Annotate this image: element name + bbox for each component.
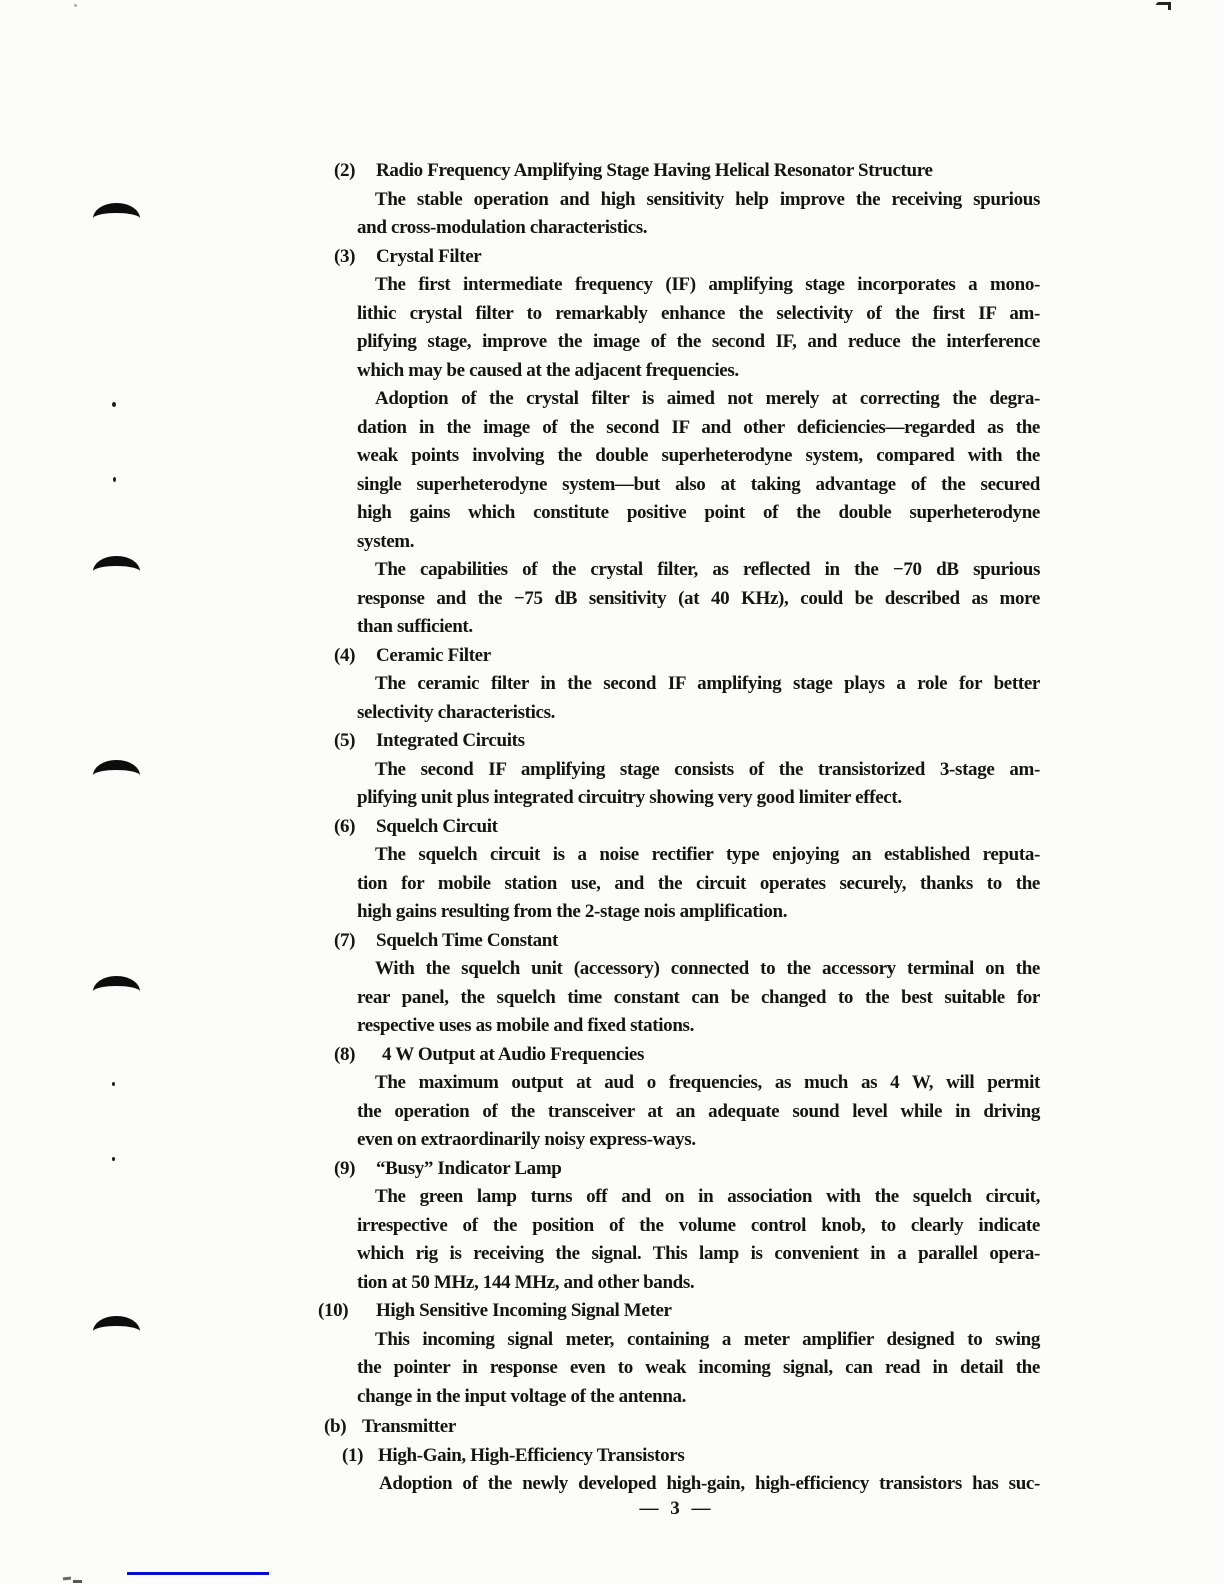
paragraph: The second IF amplifying stage consists … xyxy=(357,756,1040,813)
text-line: The maximum output at aud o frequencies,… xyxy=(357,1069,1040,1098)
text-line: the pointer in response even to weak inc… xyxy=(357,1354,1040,1383)
text-line: single superheterodyne system—but also a… xyxy=(357,471,1040,500)
text-line: The green lamp turns off and on in assoc… xyxy=(357,1183,1040,1212)
section-title: Transmitter xyxy=(362,1416,456,1437)
bottom-blue-line xyxy=(127,1572,269,1575)
section-8: (8)4 W Output at Audio FrequenciesThe ma… xyxy=(357,1041,1040,1155)
section-number: (2) xyxy=(334,157,355,186)
paragraph: This incoming signal meter, containing a… xyxy=(357,1326,1040,1412)
text-line: Adoption of the newly developed high-gai… xyxy=(357,1470,1040,1499)
text-line: and cross-modulation characteristics. xyxy=(357,214,1040,243)
section-number: (10) xyxy=(318,1297,348,1326)
paragraph: With the squelch unit (accessory) connec… xyxy=(357,955,1040,1041)
section-2: (2)Radio Frequency Amplifying Stage Havi… xyxy=(357,157,1040,243)
section-4: (4)Ceramic FilterThe ceramic filter in t… xyxy=(357,642,1040,728)
section-5: (5)Integrated CircuitsThe second IF ampl… xyxy=(357,727,1040,813)
section-title: Integrated Circuits xyxy=(376,730,525,751)
scan-speck xyxy=(112,402,116,407)
section-heading: (4)Ceramic Filter xyxy=(357,642,1040,671)
section-title: Ceramic Filter xyxy=(376,645,491,666)
content-column: (2)Radio Frequency Amplifying Stage Havi… xyxy=(357,157,1040,1499)
text-line: plifying unit plus integrated circuitry … xyxy=(357,784,1040,813)
section-number: (7) xyxy=(334,927,355,956)
text-line: than sufficient. xyxy=(357,613,1040,642)
text-line: system. xyxy=(357,528,1040,557)
scan-speck xyxy=(112,1157,115,1161)
text-line: Adoption of the crystal filter is aimed … xyxy=(357,385,1040,414)
section-heading: (3)Crystal Filter xyxy=(357,243,1040,272)
text-line: high gains resulting from the 2-stage no… xyxy=(357,898,1040,927)
scanned-manual-page: (2)Radio Frequency Amplifying Stage Havi… xyxy=(0,0,1224,1584)
section-heading: (5)Integrated Circuits xyxy=(357,727,1040,756)
paragraph: Adoption of the crystal filter is aimed … xyxy=(357,385,1040,556)
scan-speck xyxy=(74,4,77,7)
text-line: lithic crystal filter to remarkably enha… xyxy=(357,300,1040,329)
section-title: High-Gain, High-Efficiency Transistors xyxy=(378,1445,684,1466)
text-line: plifying stage, improve the image of the… xyxy=(357,328,1040,357)
section-b: (b)Transmitter xyxy=(357,1413,1040,1442)
section-9: (9)“Busy” Indicator LampThe green lamp t… xyxy=(357,1155,1040,1298)
text-line: This incoming signal meter, containing a… xyxy=(357,1326,1040,1355)
paragraph: The ceramic filter in the second IF ampl… xyxy=(357,670,1040,727)
section-title: Crystal Filter xyxy=(376,246,481,267)
text-line: tion at 50 MHz, 144 MHz, and other bands… xyxy=(357,1269,1040,1298)
section-title: 4 W Output at Audio Frequencies xyxy=(382,1044,644,1065)
section-heading: (2)Radio Frequency Amplifying Stage Havi… xyxy=(357,157,1040,186)
section-b1: (1)High-Gain, High-Efficiency Transistor… xyxy=(357,1442,1040,1499)
section-number: (1) xyxy=(342,1442,363,1471)
scan-speck xyxy=(112,1082,115,1086)
section-number: (9) xyxy=(334,1155,355,1184)
scan-speck xyxy=(63,1577,71,1581)
binder-ring-arc-mark xyxy=(93,556,140,587)
text-line: tion for mobile station use, and the cir… xyxy=(357,870,1040,899)
paragraph: Adoption of the newly developed high-gai… xyxy=(357,1470,1040,1499)
section-number: (8) xyxy=(334,1041,355,1070)
section-3: (3)Crystal FilterThe first intermediate … xyxy=(357,243,1040,642)
text-line: irrespective of the position of the volu… xyxy=(357,1212,1040,1241)
binder-ring-arc-mark xyxy=(93,203,140,234)
text-line: The squelch circuit is a noise rectifier… xyxy=(357,841,1040,870)
text-line: The stable operation and high sensitivit… xyxy=(357,186,1040,215)
binder-ring-arc-mark xyxy=(93,976,140,1007)
text-line: respective uses as mobile and fixed stat… xyxy=(357,1012,1040,1041)
text-line: The ceramic filter in the second IF ampl… xyxy=(357,670,1040,699)
section-7: (7)Squelch Time ConstantWith the squelch… xyxy=(357,927,1040,1041)
text-line: response and the −75 dB sensitivity (at … xyxy=(357,585,1040,614)
text-line: The capabilities of the crystal filter, … xyxy=(357,556,1040,585)
page-number: — 3 — xyxy=(605,1498,745,1520)
paragraph: The stable operation and high sensitivit… xyxy=(357,186,1040,243)
page-corner-mark xyxy=(1156,2,1171,5)
section-heading: (b)Transmitter xyxy=(357,1413,1040,1442)
section-number: (b) xyxy=(324,1413,346,1442)
scan-speck xyxy=(73,1580,82,1583)
paragraph: The capabilities of the crystal filter, … xyxy=(357,556,1040,642)
text-line: The first intermediate frequency (IF) am… xyxy=(357,271,1040,300)
section-heading: (7)Squelch Time Constant xyxy=(357,927,1040,956)
section-10: (10)High Sensitive Incoming Signal Meter… xyxy=(357,1297,1040,1411)
binder-ring-arc-mark xyxy=(93,760,140,791)
text-line: With the squelch unit (accessory) connec… xyxy=(357,955,1040,984)
section-number: (4) xyxy=(334,642,355,671)
section-heading: (1)High-Gain, High-Efficiency Transistor… xyxy=(357,1442,1040,1471)
section-number: (5) xyxy=(334,727,355,756)
section-heading: (8)4 W Output at Audio Frequencies xyxy=(357,1041,1040,1070)
paragraph: The first intermediate frequency (IF) am… xyxy=(357,271,1040,385)
paragraph: The green lamp turns off and on in assoc… xyxy=(357,1183,1040,1297)
section-title: Radio Frequency Amplifying Stage Having … xyxy=(376,160,933,181)
section-number: (3) xyxy=(334,243,355,272)
paragraph: The squelch circuit is a noise rectifier… xyxy=(357,841,1040,927)
text-line: the operation of the transceiver at an a… xyxy=(357,1098,1040,1127)
section-number: (6) xyxy=(334,813,355,842)
section-heading: (9)“Busy” Indicator Lamp xyxy=(357,1155,1040,1184)
binder-ring-arc-mark xyxy=(93,1316,140,1347)
section-title: “Busy” Indicator Lamp xyxy=(376,1158,562,1179)
section-title: Squelch Circuit xyxy=(376,816,498,837)
section-6: (6)Squelch CircuitThe squelch circuit is… xyxy=(357,813,1040,927)
text-line: high gains which constitute positive poi… xyxy=(357,499,1040,528)
section-title: Squelch Time Constant xyxy=(376,930,558,951)
scan-speck xyxy=(113,477,116,482)
section-heading: (6)Squelch Circuit xyxy=(357,813,1040,842)
paragraph: The maximum output at aud o frequencies,… xyxy=(357,1069,1040,1155)
text-line: dation in the image of the second IF and… xyxy=(357,414,1040,443)
text-line: The second IF amplifying stage consists … xyxy=(357,756,1040,785)
text-line: selectivity characteristics. xyxy=(357,699,1040,728)
section-title: High Sensitive Incoming Signal Meter xyxy=(376,1300,672,1321)
text-line: rear panel, the squelch time constant ca… xyxy=(357,984,1040,1013)
text-line: change in the input voltage of the anten… xyxy=(357,1383,1040,1412)
text-line: even on extraordinarily noisy express-wa… xyxy=(357,1126,1040,1155)
text-line: weak points involving the double superhe… xyxy=(357,442,1040,471)
text-line: which may be caused at the adjacent freq… xyxy=(357,357,1040,386)
section-heading: (10)High Sensitive Incoming Signal Meter xyxy=(357,1297,1040,1326)
text-line: which rig is receiving the signal. This … xyxy=(357,1240,1040,1269)
